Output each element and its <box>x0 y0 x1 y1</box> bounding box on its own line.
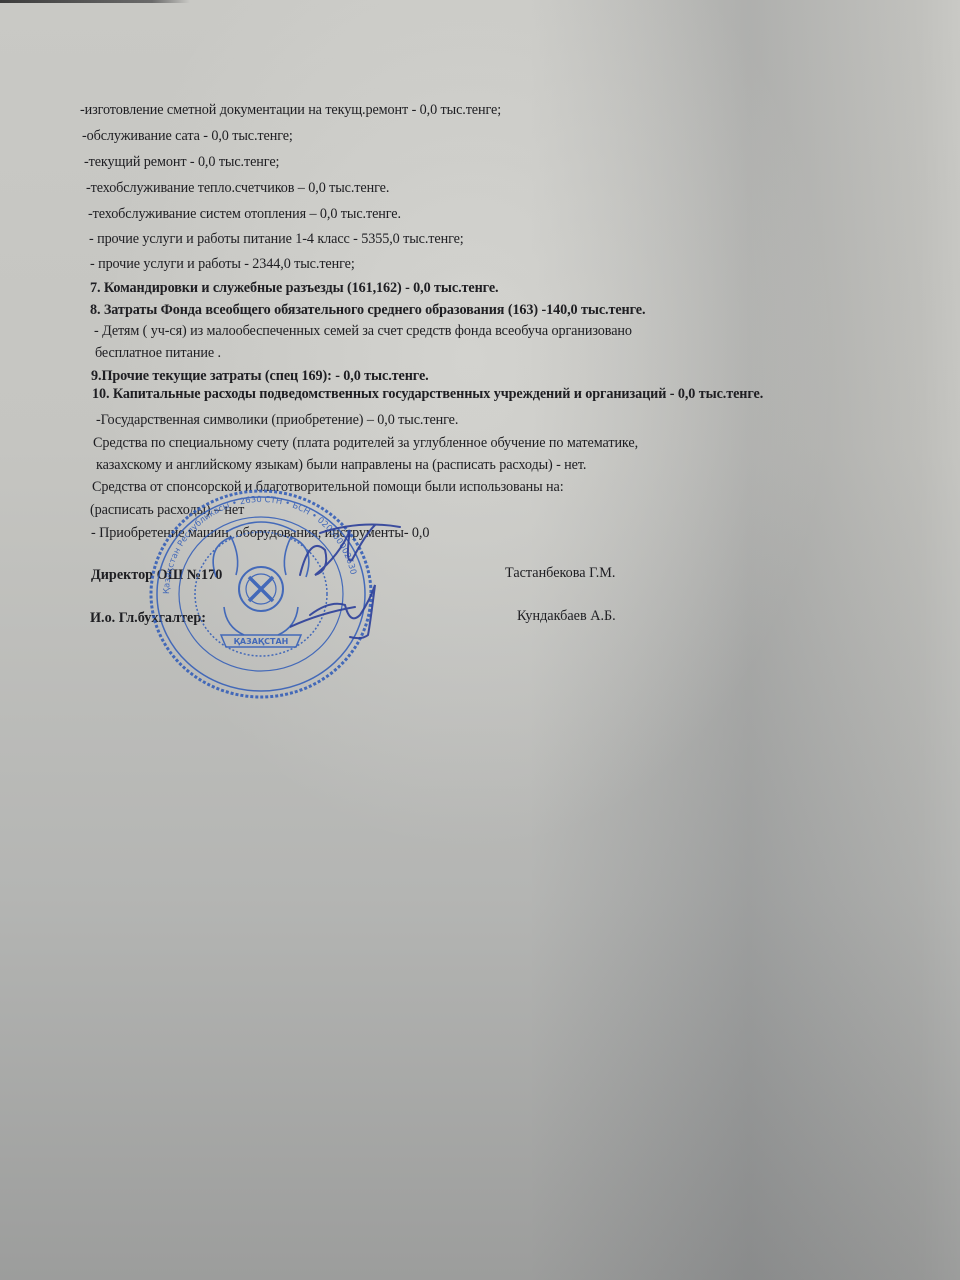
expense-line: - прочие услуги и работы питание 1-4 кла… <box>89 230 464 248</box>
signature-icon <box>290 515 410 645</box>
expense-line: -техобслуживание тепло.счетчиков – 0,0 т… <box>86 179 389 197</box>
stamp-center-text: ҚАЗАҚСТАН <box>234 637 289 646</box>
section-heading-10: 10. Капитальные расходы подведомственных… <box>92 385 763 403</box>
expense-line: - Детям ( уч-ся) из малообеспеченных сем… <box>94 322 632 340</box>
section-heading-9: 9.Прочие текущие затраты (спец 169): - 0… <box>91 367 429 385</box>
section-heading-7: 7. Командировки и служебные разъезды (16… <box>90 279 498 297</box>
expense-line: -обслуживание сата - 0,0 тыс.тенге; <box>82 127 293 145</box>
accountant-name: Кундакбаев А.Б. <box>517 608 616 625</box>
expense-line: - прочие услуги и работы - 2344,0 тыс.те… <box>90 255 355 273</box>
special-account-line: казахскому и английскому языкам) были на… <box>96 456 586 474</box>
director-name: Тастанбекова Г.М. <box>505 565 615 582</box>
expense-line: -изготовление сметной документации на те… <box>80 101 501 119</box>
expense-line: бесплатное питание . <box>95 344 221 362</box>
special-account-line: Средства по специальному счету (плата ро… <box>93 434 638 452</box>
document-page: -изготовление сметной документации на те… <box>0 0 960 1280</box>
expense-line: -текущий ремонт - 0,0 тыс.тенге; <box>84 153 279 171</box>
expense-line: -техобслуживание систем отопления – 0,0 … <box>88 205 401 223</box>
expense-line: -Государственная символики (приобретение… <box>96 411 458 429</box>
section-heading-8: 8. Затраты Фонда всеобщего обязательного… <box>90 301 645 319</box>
